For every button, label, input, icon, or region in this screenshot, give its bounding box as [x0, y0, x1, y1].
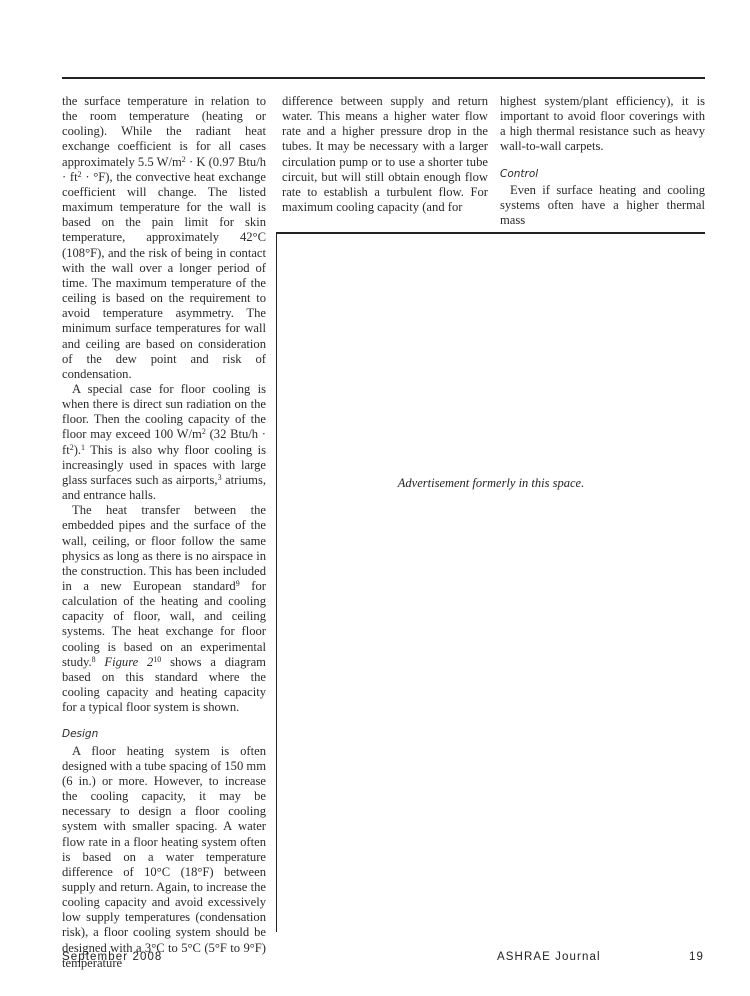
footer-page-number: 19	[689, 951, 704, 963]
advertisement-box: Advertisement formerly in this space.	[276, 232, 705, 932]
text-column-1: the surface temperature in relation to t…	[62, 94, 266, 971]
top-rule-divider	[62, 77, 705, 79]
text-column-3: highest system/plant efficiency), it is …	[500, 94, 705, 228]
journal-page: the surface temperature in relation to t…	[0, 0, 750, 996]
paragraph-surface-temperature: the surface temperature in relation to t…	[62, 94, 266, 382]
paragraph-flow-rate: difference between supply and return wat…	[282, 94, 488, 215]
paragraph-design: A floor heating system is often designed…	[62, 744, 266, 971]
paragraph-floor-coverings: highest system/plant efficiency), it is …	[500, 94, 705, 155]
text-column-2: difference between supply and return wat…	[282, 94, 488, 215]
figure-reference: Figure 2	[104, 655, 153, 669]
footnote-ref: 8	[92, 655, 96, 664]
section-heading-control: Control	[500, 167, 705, 182]
section-heading-design: Design	[62, 727, 266, 742]
paragraph-sun-radiation: A special case for floor cooling is when…	[62, 382, 266, 503]
paragraph-heat-transfer: The heat transfer between the embedded p…	[62, 503, 266, 715]
advertisement-placeholder-text: Advertisement formerly in this space.	[277, 476, 705, 491]
footer-journal-name: ASHRAE Journal	[497, 951, 601, 963]
footer-date: September 2008	[62, 951, 162, 963]
paragraph-control: Even if surface heating and cooling syst…	[500, 183, 705, 228]
